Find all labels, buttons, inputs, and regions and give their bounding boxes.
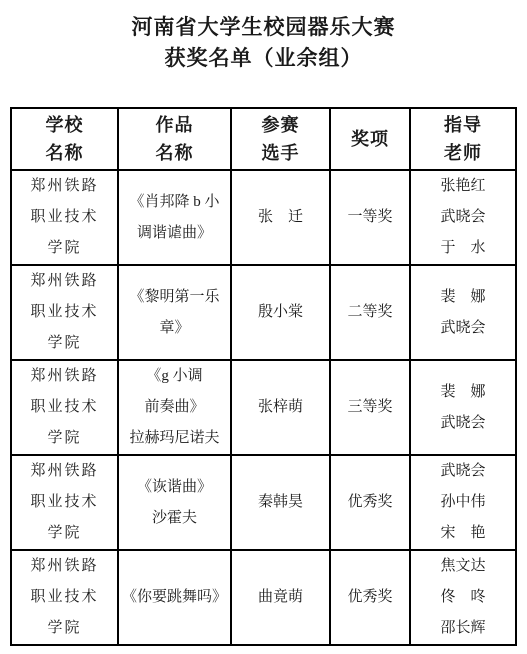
header-line: 学校: [12, 111, 117, 139]
cell-award: 优秀奖: [330, 550, 410, 645]
header-line: 名称: [12, 139, 117, 167]
cell-teachers: 裴 娜 武晓会: [410, 360, 516, 455]
cell-school: 郑州铁路 职业技术 学院: [11, 360, 118, 455]
school-line: 郑州铁路: [12, 266, 117, 297]
work-line: 《黎明第一乐: [119, 282, 230, 313]
cell-contestant: 张 迁: [231, 170, 330, 265]
school-line: 职业技术: [12, 202, 117, 233]
cell-teachers: 武晓会 孙中伟 宋 艳: [410, 455, 516, 550]
teacher-line: 张艳红: [411, 171, 515, 202]
col-header-award: 奖项: [330, 108, 410, 170]
school-line: 郑州铁路: [12, 361, 117, 392]
col-header-contestant: 参赛 选手: [231, 108, 330, 170]
school-line: 郑州铁路: [12, 171, 117, 202]
table-row: 郑州铁路 职业技术 学院 《诙谐曲》 沙霍夫 秦韩昊 优秀奖 武晓会 孙中伟 宋…: [11, 455, 516, 550]
cell-teachers: 张艳红 武晓会 于 水: [410, 170, 516, 265]
header-line: 指导: [411, 111, 515, 139]
teacher-line: 武晓会: [411, 408, 515, 439]
cell-teachers: 裴 娜 武晓会: [410, 265, 516, 360]
teacher-line: 邵长辉: [411, 613, 515, 644]
header-line: 参赛: [232, 111, 329, 139]
cell-award: 二等奖: [330, 265, 410, 360]
cell-school: 郑州铁路 职业技术 学院: [11, 170, 118, 265]
work-line: 拉赫玛尼诺夫: [119, 423, 230, 454]
teacher-line: 于 水: [411, 233, 515, 264]
cell-work: 《g 小调 前奏曲》 拉赫玛尼诺夫: [118, 360, 231, 455]
work-line: 沙霍夫: [119, 503, 230, 534]
school-line: 郑州铁路: [12, 456, 117, 487]
teacher-line: 孙中伟: [411, 487, 515, 518]
work-line: 调谐谑曲》: [119, 218, 230, 249]
work-line: 《诙谐曲》: [119, 472, 230, 503]
header-line: 选手: [232, 139, 329, 167]
school-line: 职业技术: [12, 297, 117, 328]
school-line: 学院: [12, 233, 117, 264]
school-line: 职业技术: [12, 487, 117, 518]
cell-award: 一等奖: [330, 170, 410, 265]
col-header-work: 作品 名称: [118, 108, 231, 170]
title-line-2: 获奖名单（业余组）: [0, 43, 527, 74]
cell-contestant: 张梓萌: [231, 360, 330, 455]
school-line: 学院: [12, 423, 117, 454]
teacher-line: 焦文达: [411, 551, 515, 582]
cell-work: 《你要跳舞吗》: [118, 550, 231, 645]
work-line: 《你要跳舞吗》: [119, 582, 230, 613]
school-line: 学院: [12, 518, 117, 549]
cell-award: 三等奖: [330, 360, 410, 455]
document-title: 河南省大学生校园器乐大赛 获奖名单（业余组）: [0, 0, 527, 74]
header-line: 老师: [411, 139, 515, 167]
cell-work: 《黎明第一乐 章》: [118, 265, 231, 360]
cell-work: 《肖邦降 b 小 调谐谑曲》: [118, 170, 231, 265]
col-header-school: 学校 名称: [11, 108, 118, 170]
work-line: 章》: [119, 313, 230, 344]
header-line: 作品: [119, 111, 230, 139]
school-line: 职业技术: [12, 582, 117, 613]
cell-work: 《诙谐曲》 沙霍夫: [118, 455, 231, 550]
table-row: 郑州铁路 职业技术 学院 《肖邦降 b 小 调谐谑曲》 张 迁 一等奖 张艳红 …: [11, 170, 516, 265]
teacher-line: 宋 艳: [411, 518, 515, 549]
cell-award: 优秀奖: [330, 455, 410, 550]
table-row: 郑州铁路 职业技术 学院 《g 小调 前奏曲》 拉赫玛尼诺夫 张梓萌 三等奖 裴…: [11, 360, 516, 455]
work-line: 《g 小调: [119, 361, 230, 392]
school-line: 职业技术: [12, 392, 117, 423]
awards-table: 学校 名称 作品 名称 参赛 选手 奖项 指导 老师: [10, 107, 517, 646]
table-row: 郑州铁路 职业技术 学院 《你要跳舞吗》 曲竟萌 优秀奖 焦文达 佟 咚 邵长辉: [11, 550, 516, 645]
document-page: 河南省大学生校园器乐大赛 获奖名单（业余组） 学校 名称 作品 名称 参赛: [0, 0, 527, 654]
school-line: 学院: [12, 613, 117, 644]
header-line: 奖项: [331, 125, 409, 153]
cell-teachers: 焦文达 佟 咚 邵长辉: [410, 550, 516, 645]
header-line: 名称: [119, 139, 230, 167]
school-line: 学院: [12, 328, 117, 359]
cell-school: 郑州铁路 职业技术 学院: [11, 265, 118, 360]
teacher-line: 武晓会: [411, 202, 515, 233]
teacher-line: 裴 娜: [411, 377, 515, 408]
teacher-line: 武晓会: [411, 456, 515, 487]
cell-contestant: 曲竟萌: [231, 550, 330, 645]
cell-contestant: 秦韩昊: [231, 455, 330, 550]
table-header-row: 学校 名称 作品 名称 参赛 选手 奖项 指导 老师: [11, 108, 516, 170]
title-line-1: 河南省大学生校园器乐大赛: [0, 12, 527, 43]
cell-school: 郑州铁路 职业技术 学院: [11, 550, 118, 645]
cell-school: 郑州铁路 职业技术 学院: [11, 455, 118, 550]
cell-contestant: 殷小棠: [231, 265, 330, 360]
col-header-teachers: 指导 老师: [410, 108, 516, 170]
work-line: 前奏曲》: [119, 392, 230, 423]
teacher-line: 裴 娜: [411, 282, 515, 313]
work-line: 《肖邦降 b 小: [119, 187, 230, 218]
teacher-line: 佟 咚: [411, 582, 515, 613]
school-line: 郑州铁路: [12, 551, 117, 582]
table-row: 郑州铁路 职业技术 学院 《黎明第一乐 章》 殷小棠 二等奖 裴 娜 武晓会: [11, 265, 516, 360]
teacher-line: 武晓会: [411, 313, 515, 344]
